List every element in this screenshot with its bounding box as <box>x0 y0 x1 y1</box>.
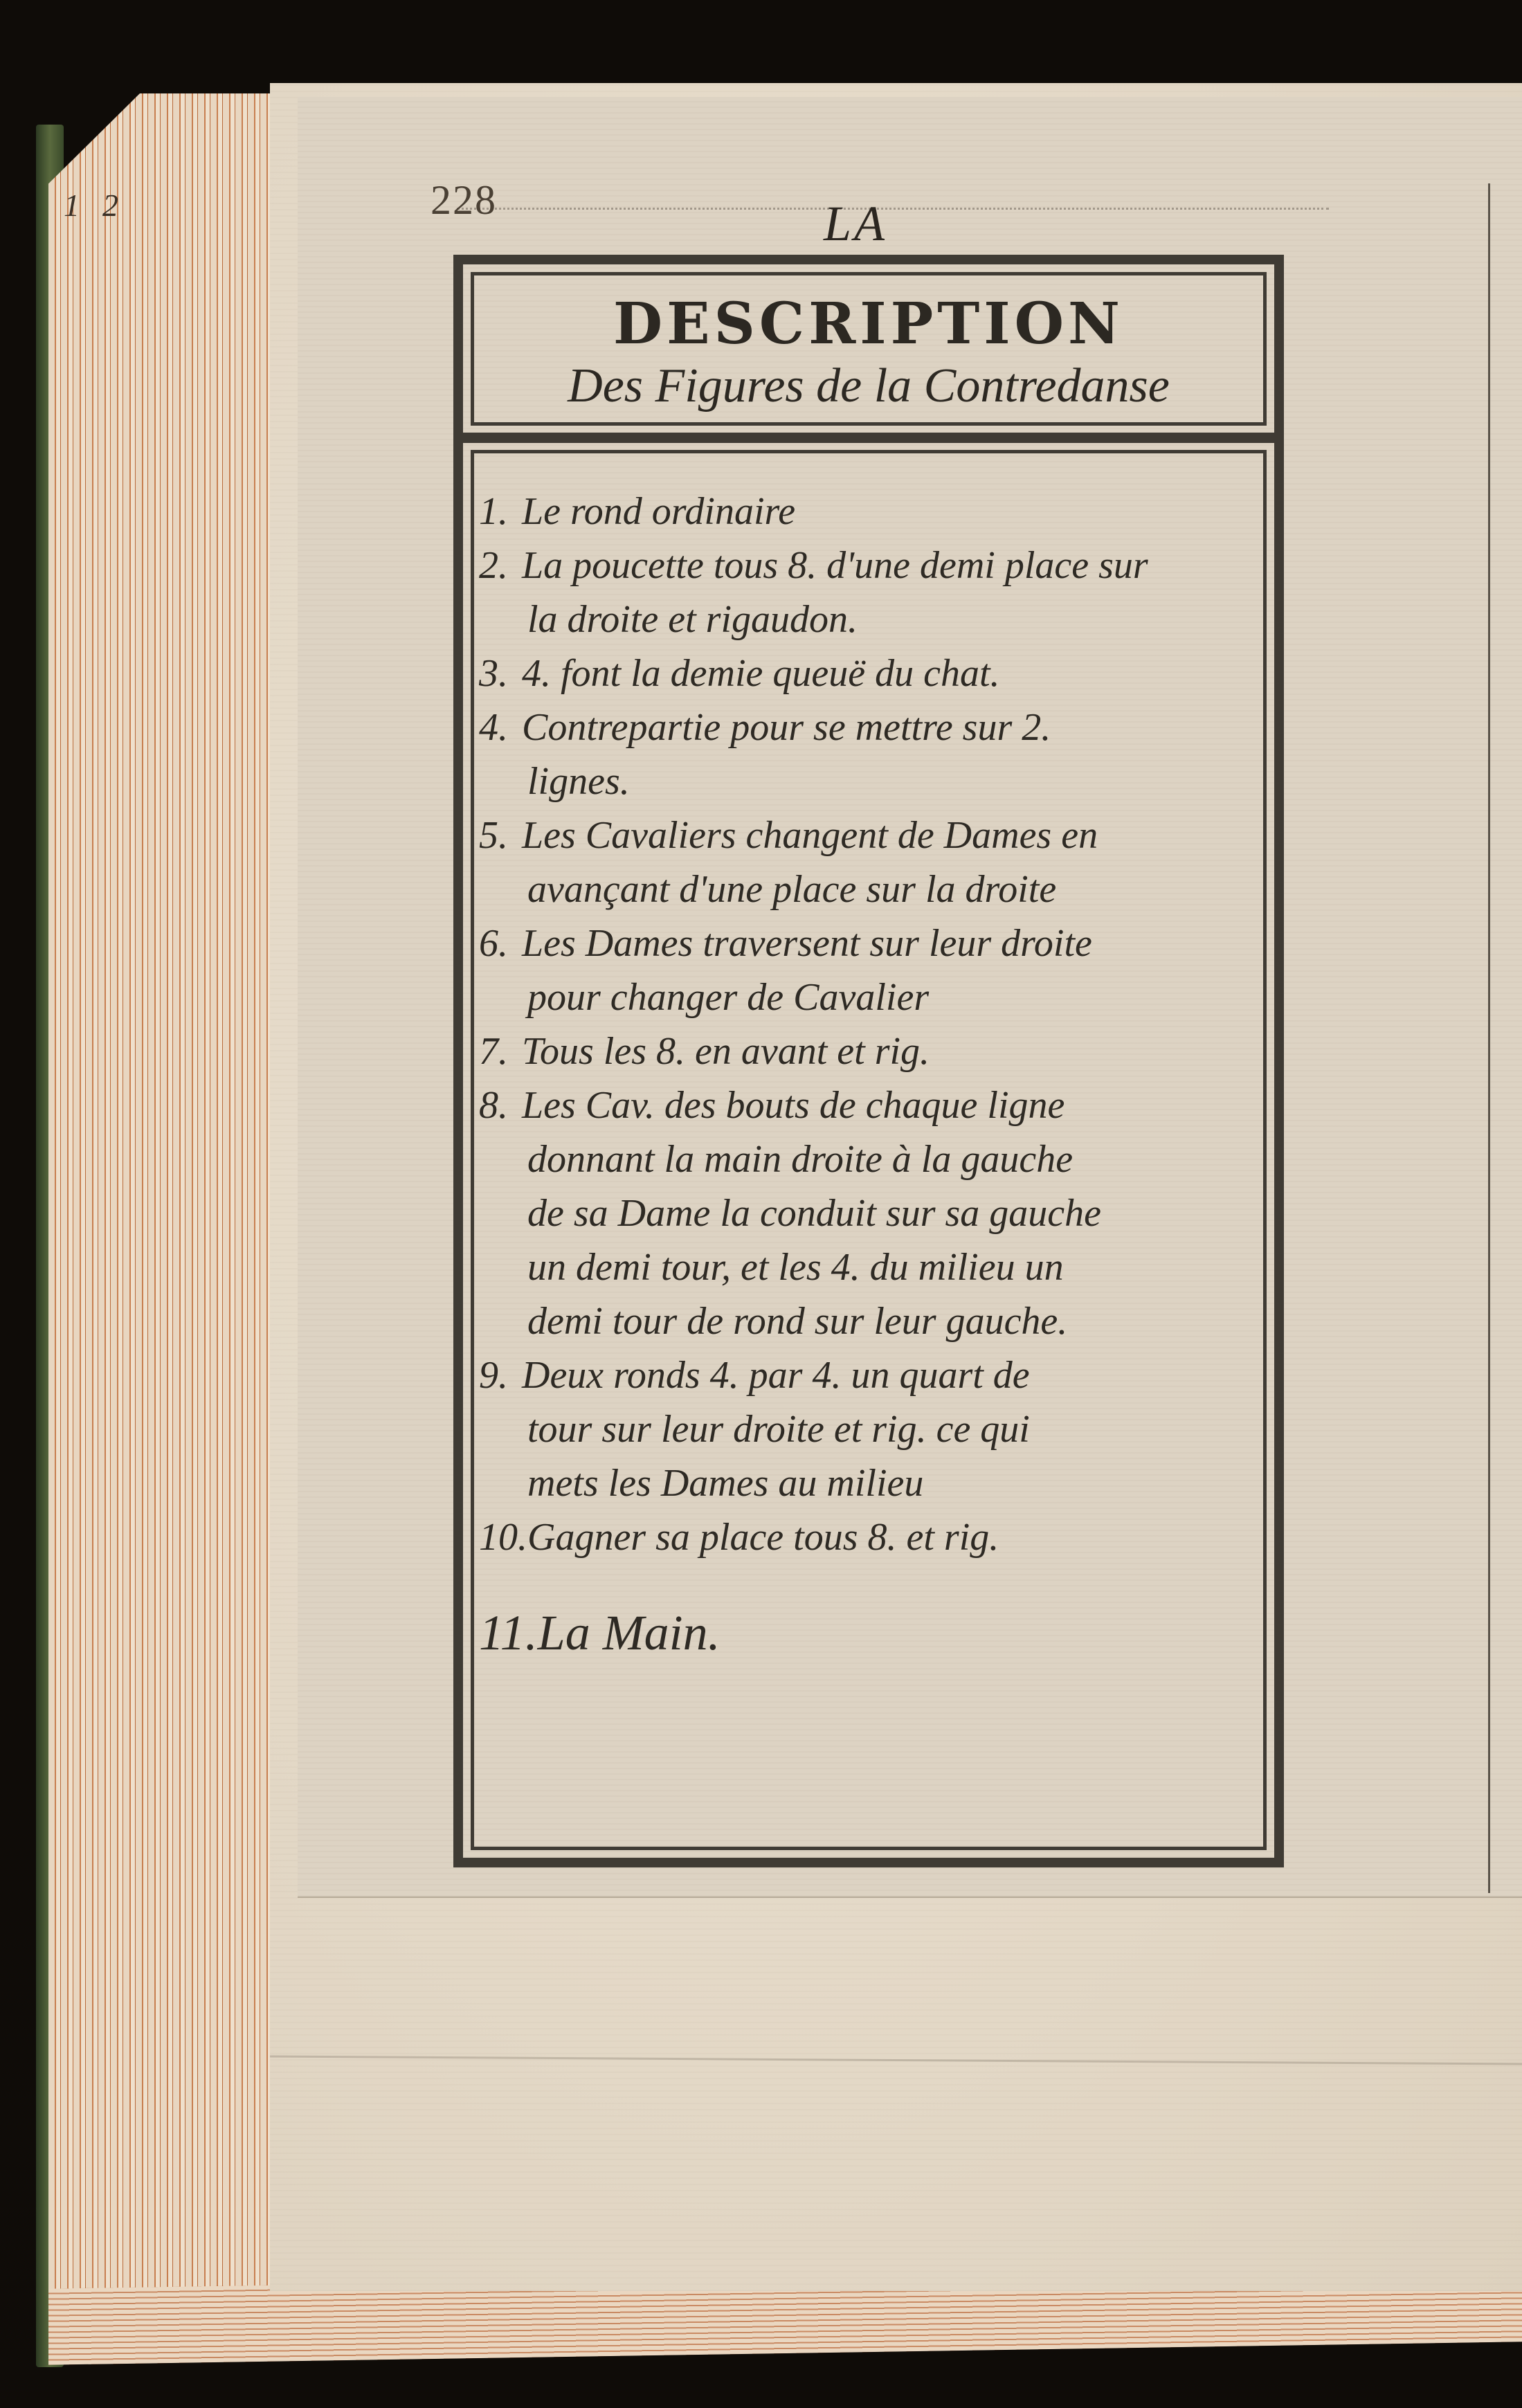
entry-text-cont: de sa Dame la conduit sur sa gauche <box>479 1186 1275 1240</box>
stack-edge-mark: 1 <box>64 187 80 224</box>
header-dotted-rule <box>457 208 1329 212</box>
entry-text-cont: donnant la main droite à la gauche <box>479 1132 1275 1186</box>
figure-entry-4: 4.Contrepartie pour se mettre sur 2. lig… <box>479 700 1275 808</box>
entry-text-cont: tour sur leur droite et rig. ce qui <box>479 1402 1275 1456</box>
entry-number: 7. <box>479 1024 522 1078</box>
figure-entry-3: 3.4. font la demie queuë du chat. <box>479 646 1275 700</box>
entry-text-cont: demi tour de rond sur leur gauche. <box>479 1294 1275 1348</box>
entry-number: 3. <box>479 646 522 700</box>
entry-text: Deux ronds 4. par 4. un quart de <box>522 1354 1030 1397</box>
entry-number: 10. <box>479 1510 527 1564</box>
entry-number: 6. <box>479 916 522 970</box>
entry-text: 4. font la demie queuë du chat. <box>522 652 1000 695</box>
title-main: DESCRIPTION <box>474 291 1263 357</box>
figure-entry-9: 9.Deux ronds 4. par 4. un quart de tour … <box>479 1348 1275 1510</box>
figure-entry-6: 6.Les Dames traversent sur leur droite p… <box>479 916 1275 1024</box>
frame-divider <box>453 433 1284 443</box>
title-cartouche: DESCRIPTION Des Figures de la Contredans… <box>471 272 1267 426</box>
entry-text-cont: avançant d'une place sur la droite <box>479 862 1275 916</box>
running-head: LA <box>824 195 887 253</box>
plate-margin-rule <box>1488 183 1490 1893</box>
figure-entry-2: 2.La poucette tous 8. d'une demi place s… <box>479 538 1275 646</box>
page-number: 228 <box>431 176 497 224</box>
entry-text: La poucette tous 8. d'une demi place sur <box>522 544 1148 587</box>
figure-entry-5: 5.Les Cavaliers changent de Dames en ava… <box>479 808 1275 916</box>
entry-text-cont: la droite et rigaudon. <box>479 592 1275 646</box>
figure-entry-1: 1.Le rond ordinaire <box>479 485 1275 538</box>
figure-entry-8: 8.Les Cav. des bouts de chaque ligne don… <box>479 1078 1275 1348</box>
entry-text: Les Cav. des bouts de chaque ligne <box>522 1084 1065 1127</box>
entry-number: 9. <box>479 1348 522 1402</box>
entry-text: Contrepartie pour se mettre sur 2. <box>522 706 1051 749</box>
entry-text-cont: un demi tour, et les 4. du milieu un <box>479 1240 1275 1294</box>
entry-number: 8. <box>479 1078 522 1132</box>
entry-text-cont: mets les Dames au milieu <box>479 1456 1275 1510</box>
entry-text: Le rond ordinaire <box>522 490 795 533</box>
entry-number: 1. <box>479 485 522 538</box>
figure-entry-7: 7.Tous les 8. en avant et rig. <box>479 1024 1275 1078</box>
entry-text: Les Dames traversent sur leur droite <box>522 922 1092 965</box>
entry-text-cont: pour changer de Cavalier <box>479 970 1275 1024</box>
page-stack-fore-edge <box>48 93 277 2350</box>
entry-number: 2. <box>479 538 522 592</box>
entry-text: Les Cavaliers changent de Dames en <box>522 814 1098 857</box>
figure-entry-11: 11.La Main. <box>479 1606 1275 1660</box>
stack-edge-mark: 2 <box>102 187 118 224</box>
entry-text: Tous les 8. en avant et rig. <box>522 1030 930 1073</box>
entry-number: 5. <box>479 808 522 862</box>
entry-number: 4. <box>479 700 522 754</box>
entry-text: Gagner sa place tous 8. et rig. <box>527 1516 999 1559</box>
entry-number: 11. <box>479 1606 538 1660</box>
figure-entry-10: 10.Gagner sa place tous 8. et rig. <box>479 1510 1275 1564</box>
figures-list: 1.Le rond ordinaire 2.La poucette tous 8… <box>479 485 1275 1660</box>
title-subtitle: Des Figures de la Contredanse <box>474 359 1263 414</box>
entry-text: La Main. <box>538 1605 721 1660</box>
entry-text-cont: lignes. <box>479 754 1275 808</box>
